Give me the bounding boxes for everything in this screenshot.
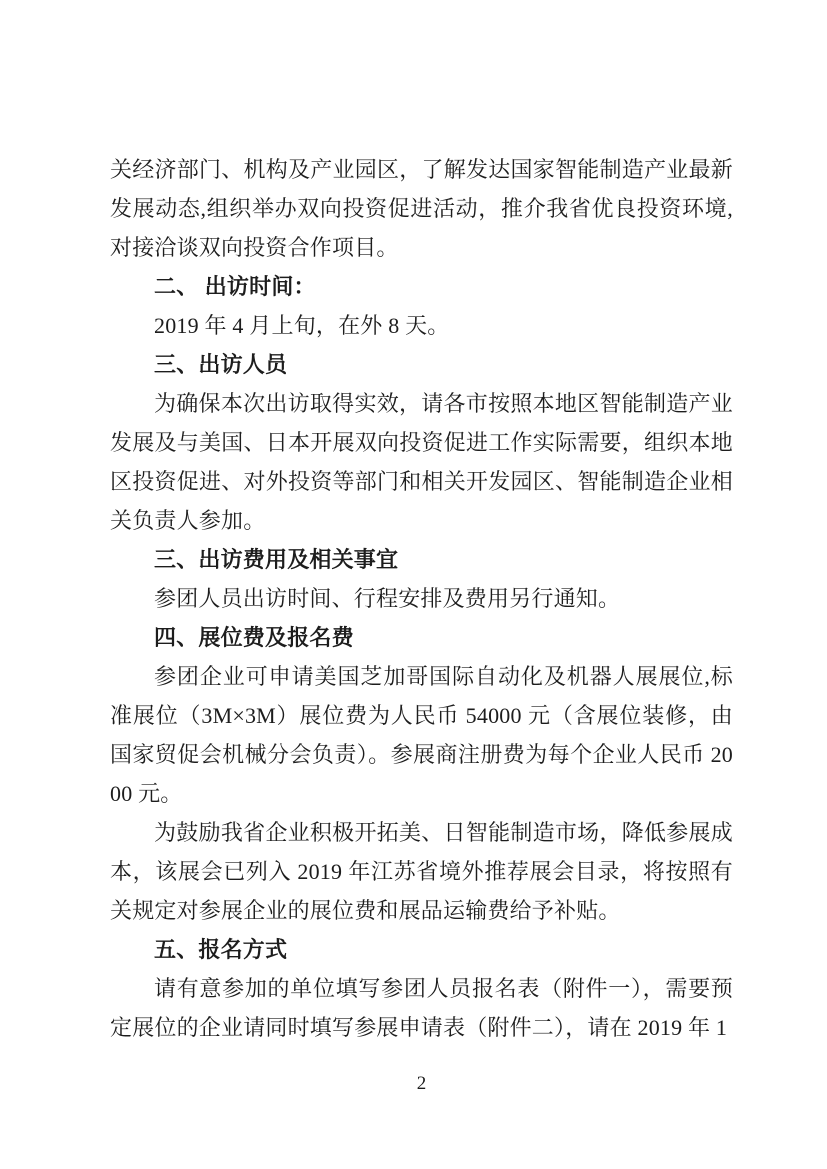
page-footer: 2: [110, 1072, 733, 1096]
paragraph-visit-personnel: 为确保本次出访取得实效，请各市按照本地区智能制造产业发展及与美国、日本开展双向投…: [110, 384, 733, 540]
paragraph-subsidy-policy: 为鼓励我省企业积极开拓美、日智能制造市场，降低参展成本，该展会已列入 2019 …: [110, 813, 733, 930]
paragraph-registration-method: 请有意参加的单位填写参团人员报名表（附件一），需要预定展位的企业请同时填写参展申…: [110, 969, 733, 1047]
document-page: 关经济部门、机构及产业园区，了解发达国家智能制造产业最新发展动态,组织举办双向投…: [0, 0, 827, 1169]
paragraph-visit-time: 2019 年 4 月上旬，在外 8 天。: [110, 306, 733, 345]
paragraph-visit-expenses-notice: 参团人员出访时间、行程安排及费用另行通知。: [110, 579, 733, 618]
heading-section-3b-visit-expenses: 三、出访费用及相关事宜: [110, 540, 733, 579]
page-number: 2: [417, 1073, 427, 1094]
heading-section-5-registration: 五、报名方式: [110, 930, 733, 969]
document-body: 关经济部门、机构及产业园区，了解发达国家智能制造产业最新发展动态,组织举办双向投…: [110, 150, 733, 1047]
heading-section-4-booth-fees: 四、展位费及报名费: [110, 618, 733, 657]
paragraph-booth-fees: 参团企业可申请美国芝加哥国际自动化及机器人展展位,标准展位（3M×3M）展位费为…: [110, 657, 733, 813]
heading-section-2-visit-time: 二、 出访时间：: [110, 267, 733, 306]
paragraph-visit-purpose-continued: 关经济部门、机构及产业园区，了解发达国家智能制造产业最新发展动态,组织举办双向投…: [110, 150, 733, 267]
heading-section-3-visit-personnel: 三、出访人员: [110, 345, 733, 384]
